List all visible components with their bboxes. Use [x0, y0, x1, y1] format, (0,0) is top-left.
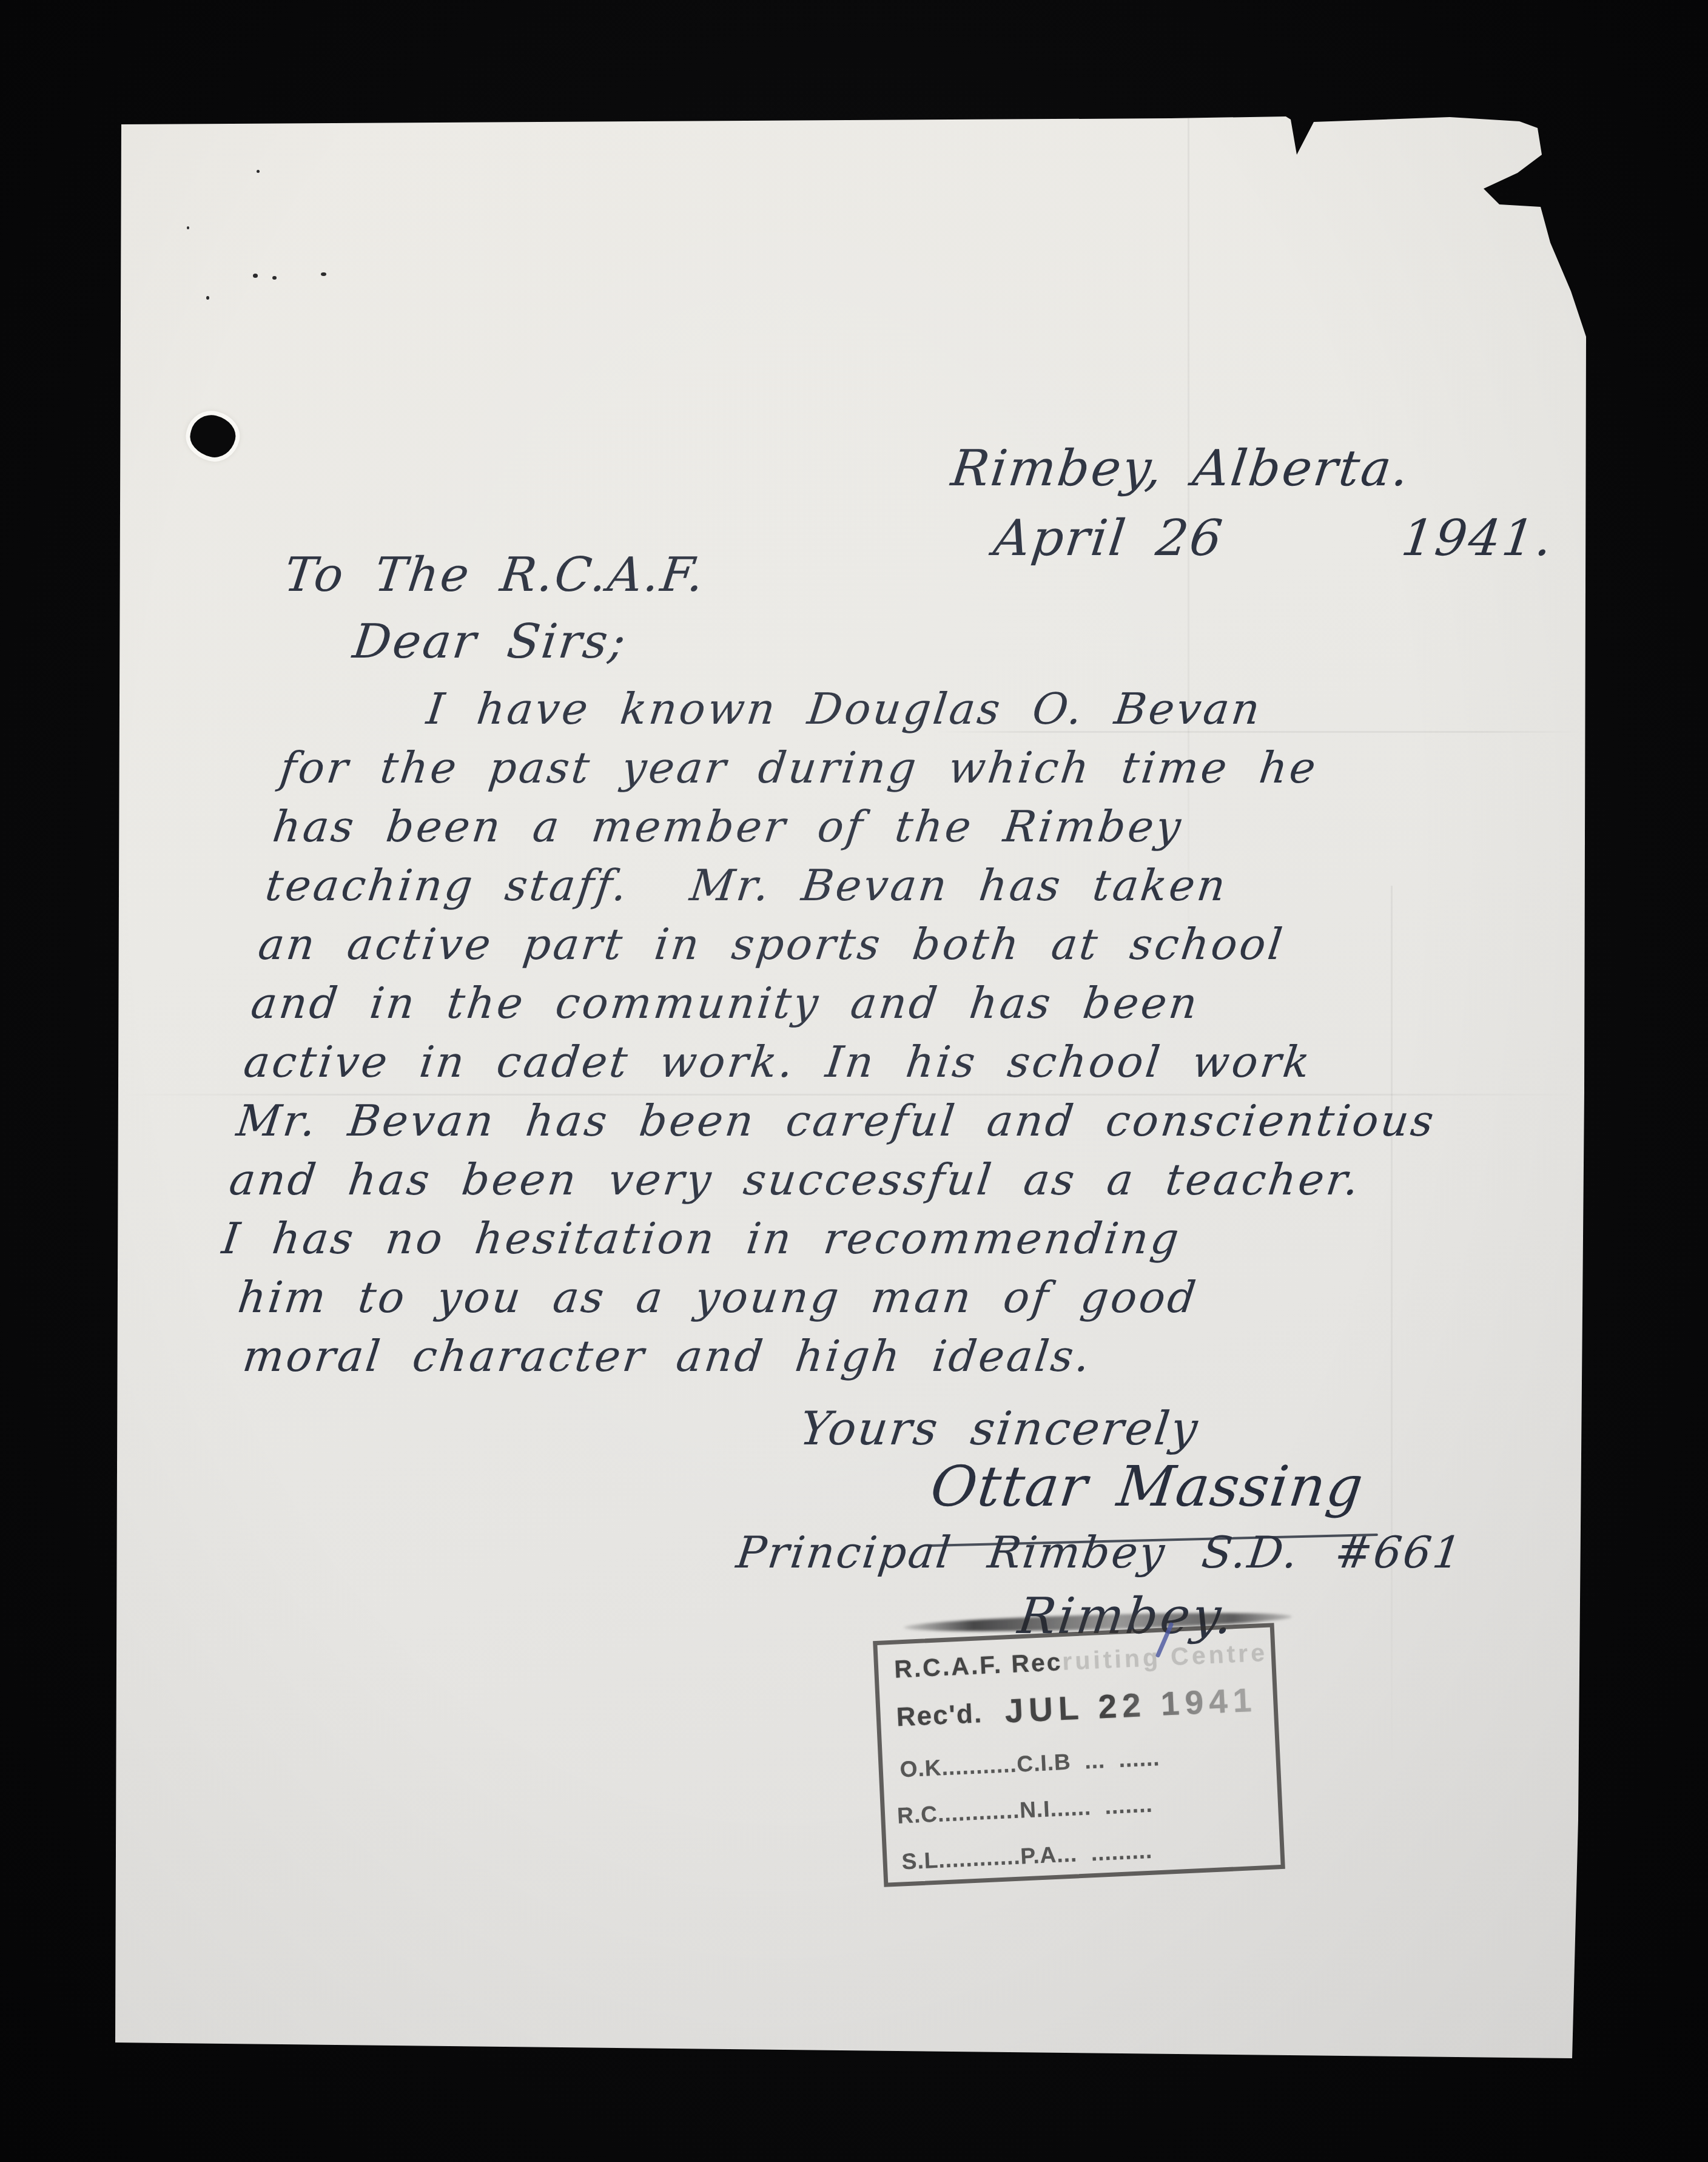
- stamp-received-date: JUL 22 1941: [1004, 1680, 1257, 1731]
- body-line: teaching staff. Mr. Bevan has taken: [262, 856, 1507, 915]
- salutation-line: Dear Sirs;: [350, 615, 630, 669]
- body-line: him to you as a young man of good: [235, 1268, 1456, 1327]
- punch-hole: [186, 411, 240, 462]
- closing-line: Yours sincerely: [797, 1401, 1202, 1455]
- body-line: I has no hesitation in recommending: [219, 1209, 1464, 1268]
- paper-speckle: [206, 296, 209, 300]
- paper-speckle: [187, 226, 189, 229]
- body-line: for the past year during which time he: [277, 738, 1521, 797]
- stamp-header-faded-text: ruiting Centre: [1061, 1638, 1268, 1675]
- body-line: active in cadet work. In his school work: [241, 1032, 1485, 1091]
- paper-speckle: [272, 276, 277, 280]
- signature-title: Principal Rimbey S.D. #661: [734, 1527, 1466, 1578]
- paper-speckle: [257, 170, 260, 173]
- rcaf-received-stamp: R.C.A.F. Recruiting Centre Rec'd. JUL 22…: [873, 1623, 1285, 1887]
- dateline-date: April 26 1941.: [990, 510, 1557, 567]
- stamp-header: R.C.A.F. Recruiting Centre: [893, 1638, 1268, 1684]
- body-line: and in the community and has been: [248, 974, 1493, 1032]
- body-line: moral character and high ideals.: [240, 1327, 1449, 1386]
- dateline-place: Rimbey, Alberta.: [948, 440, 1414, 497]
- body-line: Mr. Bevan has been careful and conscient…: [234, 1091, 1478, 1150]
- stamp-received-label: Rec'd.: [896, 1699, 983, 1733]
- letter-body: I have known Douglas O. Bevan for the pa…: [204, 679, 1528, 1386]
- signature: Ottar Massing: [927, 1454, 1368, 1519]
- stamp-header-text: R.C.A.F. Rec: [893, 1648, 1063, 1683]
- stamp-row-ok-cib: O.K...........C.I.B ... ......: [899, 1745, 1160, 1782]
- body-line: and has been very successful as a teache…: [226, 1150, 1471, 1209]
- body-line: has been a member of the Rimbey: [269, 797, 1514, 856]
- photo-background: Rimbey, Alberta. April 26 1941. To The R…: [0, 0, 1708, 2162]
- paper-speckle: [253, 274, 258, 278]
- body-line: an active part in sports both at school: [255, 915, 1499, 974]
- recipient-line: To The R.C.A.F.: [281, 548, 708, 602]
- stamp-row-sl-pa: S.L............P.A... .........: [901, 1838, 1153, 1875]
- paper-speckle: [321, 272, 326, 276]
- letter-paper: Rimbey, Alberta. April 26 1941. To The R…: [115, 112, 1586, 2059]
- body-line: I have known Douglas O. Bevan: [423, 679, 1528, 738]
- stamp-row-rc-ni: R.C............N.I...... .......: [896, 1792, 1153, 1829]
